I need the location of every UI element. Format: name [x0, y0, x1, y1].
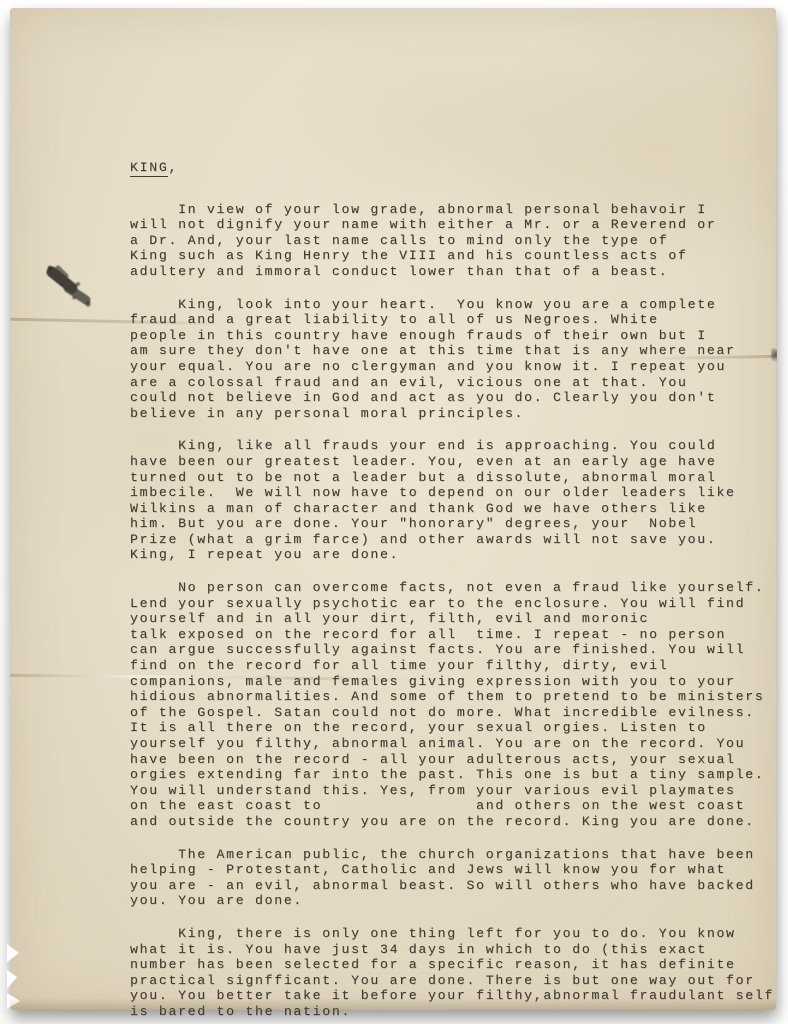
torn-edge-notch [7, 993, 20, 1009]
torn-edge-notch [7, 944, 19, 962]
letter-heading: KING, [130, 160, 778, 176]
ink-smudge-graphic [38, 254, 108, 324]
paragraph-1: In view of your low grade, abnormal pers… [130, 202, 778, 280]
ink-smudge-stamp [38, 254, 108, 324]
photo-background: KING, In view of your low grade, abnorma… [0, 0, 788, 1024]
paragraph-3: King, like all frauds your end is approa… [130, 438, 778, 563]
letter-page: KING, In view of your low grade, abnorma… [10, 8, 776, 1010]
paragraph-4: No person can overcome facts, not even a… [130, 580, 778, 830]
heading-comma: , [168, 160, 178, 175]
paragraph-2: King, look into your heart. You know you… [130, 297, 778, 422]
paragraph-6: King, there is only one thing left for y… [130, 926, 778, 1020]
heading-name: KING [130, 160, 168, 177]
torn-edge-notch [7, 970, 17, 989]
letter-text: KING, In view of your low grade, abnorma… [130, 160, 778, 1020]
paragraph-5: The American public, the church organiza… [130, 847, 778, 909]
